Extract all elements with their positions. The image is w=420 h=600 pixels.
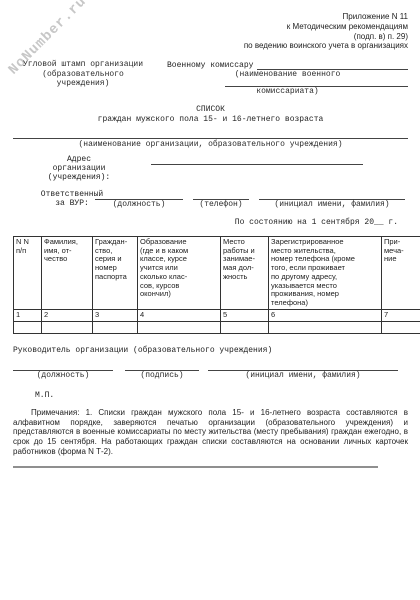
appendix-header-line: к Методическим рекомендациям [13,22,408,32]
responsible-name-field: (инициал имени, фамилия) [259,190,405,210]
fill-line [208,361,398,371]
fill-line [259,190,405,200]
address-field: Адрес организации (учреждения): [13,155,408,183]
col-number: 6 [269,309,382,321]
col-number: 2 [42,309,93,321]
notes-paragraph: Примечания: 1. Списки граждан мужского п… [13,408,408,456]
col-header-number: N N п/п [14,237,42,310]
as-of-date-line: По состоянию на 1 сентября 20__ г. [13,218,398,227]
empty-cell [269,321,382,333]
col-header-citizenship: Граждан- ство, серия и номер паспорта [93,237,138,310]
empty-cell [138,321,221,333]
col-number: 1 [14,309,42,321]
empty-cell [382,321,420,333]
commissar-caption-1: (наименование военного [167,70,408,80]
col-number: 3 [93,309,138,321]
citizens-list-table: N N п/п Фамилия, имя, от- чество Граждан… [13,236,420,334]
fill-line [125,361,199,371]
empty-cell [42,321,93,333]
appendix-header-line: Приложение N 11 [13,12,408,22]
responsible-phone-field: (телефон) [193,190,249,210]
table-header-row: N N п/п Фамилия, имя, от- чество Граждан… [14,237,420,310]
table-empty-row [14,321,420,333]
title-line-2: граждан мужского пола 15- и 16-летнего в… [13,115,408,125]
document-title: СПИСОК граждан мужского пола 15- и 16-ле… [13,105,408,125]
col-number: 7 [382,309,420,321]
signature-name-field: (инициал имени, фамилия) [208,361,398,381]
address-label: Адрес организации (учреждения): [13,155,145,183]
signature-fieldset: (должность) (подпись) (инициал имени, фа… [13,361,408,381]
commissar-to-label: Военному комиссару [167,61,257,71]
responsible-position-field: (должность) [95,190,183,210]
sign-caption: (подпись) [125,371,199,381]
position-caption: (должность) [13,371,113,381]
corner-stamp-label: Угловой штамп организации (образовательн… [13,60,153,96]
col-header-education: Образование (где и в каком классе, курсе… [138,237,221,310]
fill-line [13,361,113,371]
fill-line [193,190,249,200]
empty-cell [221,321,269,333]
responsible-field: Ответственный за ВУР: (должность) (телеф… [13,190,408,210]
responsible-fieldset: (должность) (телефон) (инициал имени, фа… [131,190,408,210]
table-column-numbers-row: 1 2 3 4 5 6 7 [14,309,420,321]
appendix-header: Приложение N 11 к Методическим рекоменда… [13,12,408,51]
commissar-fill-line [257,60,408,70]
form-content: Приложение N 11 к Методическим рекоменда… [0,0,420,468]
organization-name-field: (наименование организации, образовательн… [13,135,408,150]
commissar-fill-line-2 [225,80,408,87]
stamp-commissar-row: Угловой штамп организации (образовательн… [13,60,408,96]
col-header-note: При- меча- ние [382,237,420,310]
col-header-fio: Фамилия, имя, от- чество [42,237,93,310]
appendix-header-line: (подп. в) п. 29) [13,32,408,42]
seal-mark: М.П. [35,391,408,400]
fill-line [95,190,183,200]
phone-caption: (телефон) [193,200,249,210]
organization-caption: (наименование организации, образовательн… [13,140,408,150]
appendix-header-line: по ведению воинского учета в организация… [13,41,408,51]
empty-cell [93,321,138,333]
commissar-caption-2: комиссариата) [167,87,408,97]
name-caption: (инициал имени, фамилия) [259,200,405,210]
page-separator [13,466,378,468]
address-fill-line [151,155,363,165]
col-header-residence: Зарегистрированное место жительства, ном… [269,237,382,310]
document-page: NoNumber.ru Приложение N 11 к Методическ… [0,0,420,600]
empty-cell [14,321,42,333]
position-caption: (должность) [95,200,183,210]
col-header-work: Место работы и занимае- мая дол- жность [221,237,269,310]
col-number: 4 [138,309,221,321]
commissar-block: Военному комиссару (наименование военног… [167,60,408,96]
col-number: 5 [221,309,269,321]
organization-fill-line [13,135,408,139]
name-caption: (инициал имени, фамилия) [208,371,398,381]
title-line-1: СПИСОК [13,105,408,115]
signature-title: Руководитель организации (образовательно… [13,346,408,355]
signature-sign-field: (подпись) [125,361,199,381]
signature-position-field: (должность) [13,361,113,381]
commissar-line: Военному комиссару [167,60,408,70]
